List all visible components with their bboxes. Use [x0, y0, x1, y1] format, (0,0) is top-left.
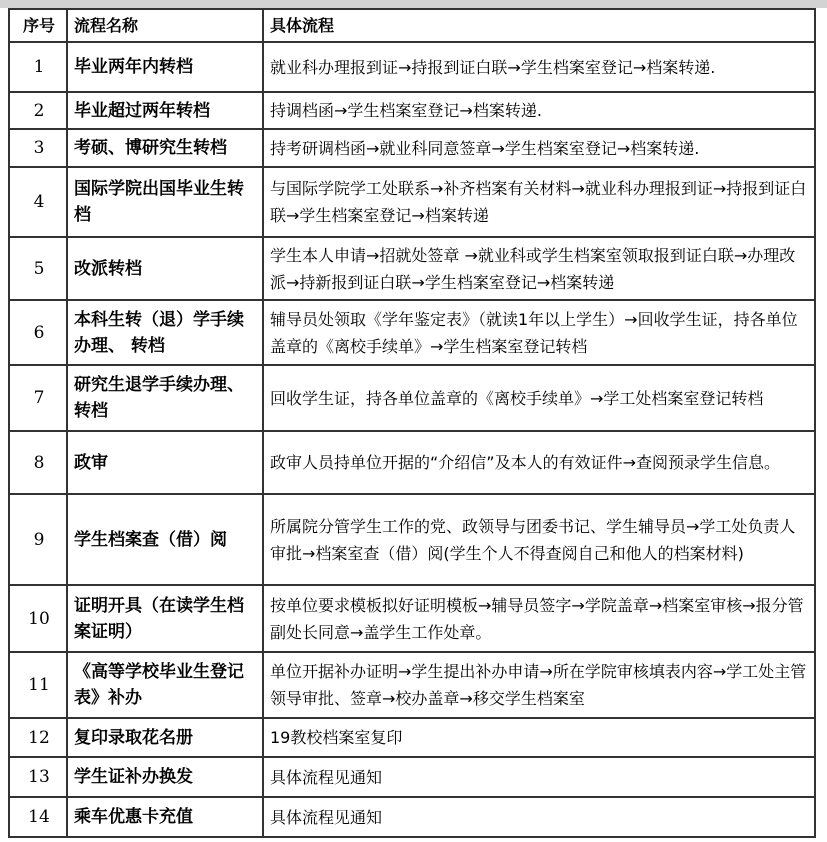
cell-name: 证明开具（在读学生档案证明）	[67, 585, 263, 652]
table-header-row: 序号 流程名称 具体流程	[9, 9, 815, 42]
cell-name: 毕业超过两年转档	[67, 92, 263, 129]
cell-process: 持调档函→学生档案室登记→档案转递.	[263, 92, 815, 129]
cell-process: 按单位要求模板拟好证明模板→辅导员签字→学院盖章→档案室审核→报分管副处长同意→…	[263, 585, 815, 652]
table-row: 12 复印录取花名册 19教校档案室复印	[9, 718, 815, 757]
cell-process: 所属院分管学生工作的党、政领导与团委书记、学生辅导员→学工处负责人审批→档案室查…	[263, 494, 815, 585]
process-table: 序号 流程名称 具体流程 1 毕业两年内转档 就业科办理报到证→持报到证白联→学…	[8, 8, 816, 838]
cell-name: 考硕、博研究生转档	[67, 129, 263, 167]
header-cell-name: 流程名称	[67, 9, 263, 42]
cell-process: 就业科办理报到证→持报到证白联→学生档案室登记→档案转递.	[263, 42, 815, 92]
cell-name: 学生证补办换发	[67, 757, 263, 797]
table-row: 2 毕业超过两年转档 持调档函→学生档案室登记→档案转递.	[9, 92, 815, 129]
table-row: 4 国际学院出国毕业生转档 与国际学院学工处联系→补齐档案有关材料→就业科办理报…	[9, 167, 815, 237]
cell-no: 2	[9, 92, 67, 129]
cell-process: 单位开据补办证明→学生提出补办申请→所在学院审核填表内容→学工处主管领导审批、签…	[263, 652, 815, 718]
cell-name: 学生档案查（借）阅	[67, 494, 263, 585]
cell-process: 具体流程见通知	[263, 797, 815, 837]
cell-no: 14	[9, 797, 67, 837]
cell-name: 政审	[67, 431, 263, 494]
cell-process: 辅导员处领取《学年鉴定表》（就读1年以上学生）→回收学生证，持各单位盖章的《离校…	[263, 300, 815, 365]
cell-no: 4	[9, 167, 67, 237]
table-row: 10 证明开具（在读学生档案证明） 按单位要求模板拟好证明模板→辅导员签字→学院…	[9, 585, 815, 652]
cell-name: 本科生转（退）学手续办理、 转档	[67, 300, 263, 365]
table-body: 1 毕业两年内转档 就业科办理报到证→持报到证白联→学生档案室登记→档案转递. …	[9, 42, 815, 837]
cell-no: 12	[9, 718, 67, 757]
header-cell-process: 具体流程	[263, 9, 815, 42]
cell-process: 与国际学院学工处联系→补齐档案有关材料→就业科办理报到证→持报到证白联→学生档案…	[263, 167, 815, 237]
table-row: 9 学生档案查（借）阅 所属院分管学生工作的党、政领导与团委书记、学生辅导员→学…	[9, 494, 815, 585]
cell-no: 7	[9, 365, 67, 431]
cell-name: 乘车优惠卡充值	[67, 797, 263, 837]
cell-name: 毕业两年内转档	[67, 42, 263, 92]
table-row: 13 学生证补办换发 具体流程见通知	[9, 757, 815, 797]
cell-name: 复印录取花名册	[67, 718, 263, 757]
header-cell-no: 序号	[9, 9, 67, 42]
cell-no: 13	[9, 757, 67, 797]
cell-process: 政审人员持单位开据的“介绍信”及本人的有效证件→查阅预录学生信息。	[263, 431, 815, 494]
cell-process: 学生本人申请→招就处签章 →就业科或学生档案室领取报到证白联→办理改派→持新报到…	[263, 237, 815, 300]
cell-no: 10	[9, 585, 67, 652]
table-row: 14 乘车优惠卡充值 具体流程见通知	[9, 797, 815, 837]
top-strip	[0, 0, 827, 8]
cell-process: 持考研调档函→就业科同意签章→学生档案室登记→档案转递.	[263, 129, 815, 167]
cell-name: 改派转档	[67, 237, 263, 300]
table-row: 7 研究生退学手续办理、转档 回收学生证，持各单位盖章的《离校手续单》→学工处档…	[9, 365, 815, 431]
table-row: 6 本科生转（退）学手续办理、 转档 辅导员处领取《学年鉴定表》（就读1年以上学…	[9, 300, 815, 365]
table-row: 8 政审 政审人员持单位开据的“介绍信”及本人的有效证件→查阅预录学生信息。	[9, 431, 815, 494]
cell-process: 具体流程见通知	[263, 757, 815, 797]
cell-name: 国际学院出国毕业生转档	[67, 167, 263, 237]
table-row: 5 改派转档 学生本人申请→招就处签章 →就业科或学生档案室领取报到证白联→办理…	[9, 237, 815, 300]
table-row: 3 考硕、博研究生转档 持考研调档函→就业科同意签章→学生档案室登记→档案转递.	[9, 129, 815, 167]
cell-no: 3	[9, 129, 67, 167]
cell-no: 6	[9, 300, 67, 365]
cell-process: 回收学生证，持各单位盖章的《离校手续单》→学工处档案室登记转档	[263, 365, 815, 431]
cell-process: 19教校档案室复印	[263, 718, 815, 757]
cell-no: 8	[9, 431, 67, 494]
table-row: 11 《高等学校毕业生登记表》补办 单位开据补办证明→学生提出补办申请→所在学院…	[9, 652, 815, 718]
table-row: 1 毕业两年内转档 就业科办理报到证→持报到证白联→学生档案室登记→档案转递.	[9, 42, 815, 92]
cell-name: 《高等学校毕业生登记表》补办	[67, 652, 263, 718]
cell-no: 11	[9, 652, 67, 718]
cell-no: 9	[9, 494, 67, 585]
cell-no: 5	[9, 237, 67, 300]
cell-no: 1	[9, 42, 67, 92]
cell-name: 研究生退学手续办理、转档	[67, 365, 263, 431]
